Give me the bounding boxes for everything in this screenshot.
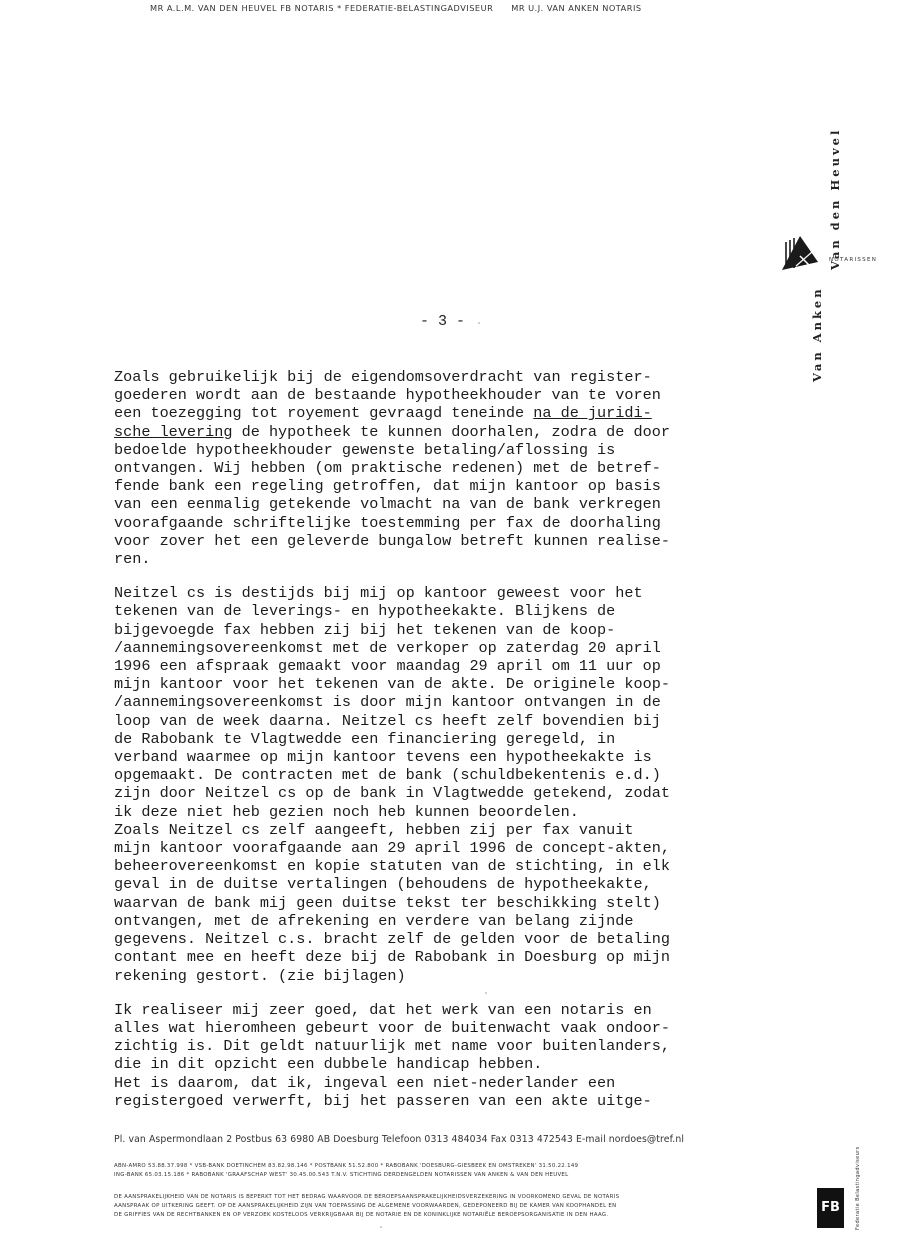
text-line: rekening gestort. (zie bijlagen) bbox=[114, 967, 794, 985]
paragraph-1: Zoals gebruikelijk bij de eigendomsoverd… bbox=[114, 368, 794, 568]
text-line: verband waarmee op mijn kantoor tevens e… bbox=[114, 748, 794, 766]
text-line: Zoals gebruikelijk bij de eigendomsoverd… bbox=[114, 368, 794, 386]
text-line: Zoals Neitzel cs zelf aangeeft, hebben z… bbox=[114, 821, 794, 839]
brand-notarissen: notarissen bbox=[829, 257, 877, 263]
text-line: zijn door Neitzel cs op de bank in Vlagt… bbox=[114, 784, 794, 802]
liability-line: de griffies van de Rechtbanken en op ver… bbox=[114, 1211, 794, 1220]
text-line: geval in de duitse vertalingen (behouden… bbox=[114, 875, 794, 893]
scan-speck bbox=[485, 992, 487, 994]
letterhead-left-notary: Mr A.L.M. van den Heuvel FB notaris * Fe… bbox=[150, 3, 493, 13]
text-line: Ik realiseer mij zeer goed, dat het werk… bbox=[114, 1001, 794, 1019]
text-line: contant mee en heeft deze bij de Raboban… bbox=[114, 948, 794, 966]
text-line: Het is daarom, dat ik, ingeval een niet-… bbox=[114, 1074, 794, 1092]
paragraph-2: Neitzel cs is destijds bij mij op kantoo… bbox=[114, 584, 794, 984]
text-line: 1996 een afspraak gemaakt voor maandag 2… bbox=[114, 657, 794, 675]
bank-line-2: ING-bank 65.03.15.186 * Rabobank 'Graafs… bbox=[114, 1171, 794, 1180]
paragraph-3: Ik realiseer mij zeer goed, dat het werk… bbox=[114, 1001, 794, 1110]
text-line: sche levering de hypotheek te kunnen doo… bbox=[114, 423, 794, 441]
text-line: bedoelde hypotheekhouder gewenste betali… bbox=[114, 441, 794, 459]
brand-van-den-heuvel: Van den Heuvel bbox=[828, 128, 842, 270]
text-line: ren. bbox=[114, 550, 794, 568]
text-line: ontvangen, met de afrekening en verdere … bbox=[114, 912, 794, 930]
text-line: mijn kantoor voorafgaande aan 29 april 1… bbox=[114, 839, 794, 857]
text-line: /aannemingsovereenkomst met de verkoper … bbox=[114, 639, 794, 657]
page-number: - 3 - bbox=[420, 313, 465, 330]
text-line: ik deze niet heb gezien noch heb kunnen … bbox=[114, 803, 794, 821]
text-line: /aannemingsovereenkomst is door mijn kan… bbox=[114, 693, 794, 711]
scan-speck bbox=[478, 322, 480, 324]
side-brand: Van Anken Van den Heuvel notarissen bbox=[800, 92, 890, 382]
underlined-text: sche levering bbox=[114, 423, 232, 441]
text-line: registergoed verwerft, bij het passeren … bbox=[114, 1092, 794, 1110]
brand-van-anken: Van Anken bbox=[810, 286, 824, 382]
letterhead-right-notary: Mr U.J. van Anken notaris bbox=[511, 3, 641, 13]
text-line: voorafgaande schriftelijke toestemming p… bbox=[114, 514, 794, 532]
footer-liability: De aansprakelijkheid van de notaris is b… bbox=[114, 1193, 794, 1220]
text-line: die in dit opzicht een dubbele handicap … bbox=[114, 1055, 794, 1073]
text-line: alles wat hieromheen gebeurt voor de bui… bbox=[114, 1019, 794, 1037]
fb-logo-icon: FB bbox=[817, 1188, 844, 1228]
text-line: ontvangen. Wij hebben (om praktische red… bbox=[114, 459, 794, 477]
text-line: bijgevoegde fax hebben zij bij het teken… bbox=[114, 621, 794, 639]
text-line: waarvan de bank mij geen duitse tekst te… bbox=[114, 894, 794, 912]
bank-line-1: ABN-AMRO 53.88.37.998 * VSB-bank Doetinc… bbox=[114, 1162, 794, 1171]
text-line: opgemaakt. De contracten met de bank (sc… bbox=[114, 766, 794, 784]
text-line: de Rabobank te Vlagtwedde een financieri… bbox=[114, 730, 794, 748]
text-line: loop van de week daarna. Neitzel cs heef… bbox=[114, 712, 794, 730]
underlined-text: na de juridi- bbox=[533, 404, 651, 422]
liability-line: aanspraak op uitkering geeft. Op de aans… bbox=[114, 1202, 794, 1211]
text-line: mijn kantoor voor het tekenen van de akt… bbox=[114, 675, 794, 693]
scan-speck bbox=[380, 1226, 382, 1228]
text-line: zichtig is. Dit geldt natuurlijk met nam… bbox=[114, 1037, 794, 1055]
footer-address: Pl. van Aspermondlaan 2 Postbus 63 6980 … bbox=[114, 1134, 794, 1145]
text-line: goederen wordt aan de bestaande hypothee… bbox=[114, 386, 794, 404]
text-line: fende bank een regeling getroffen, dat m… bbox=[114, 477, 794, 495]
text-line: tekenen van de leverings- en hypotheekak… bbox=[114, 602, 794, 620]
text-line: een toezegging tot royement gevraagd ten… bbox=[114, 404, 794, 422]
text-line: voor zover het een geleverde bungalow be… bbox=[114, 532, 794, 550]
text-line: van een eenmalig getekende volmacht na v… bbox=[114, 495, 794, 513]
letterhead-top-line: Mr A.L.M. van den Heuvel FB notaris * Fe… bbox=[150, 3, 750, 13]
fb-caption: Federatie Belastingadviseurs bbox=[855, 1146, 861, 1230]
text-line: beheerovereenkomst en kopie statuten van… bbox=[114, 857, 794, 875]
text-line: gegevens. Neitzel c.s. bracht zelf de ge… bbox=[114, 930, 794, 948]
liability-line: De aansprakelijkheid van de notaris is b… bbox=[114, 1193, 794, 1202]
letter-body: Zoals gebruikelijk bij de eigendomsoverd… bbox=[114, 368, 794, 1126]
footer-bank-details: ABN-AMRO 53.88.37.998 * VSB-bank Doetinc… bbox=[114, 1162, 794, 1180]
text-line: Neitzel cs is destijds bij mij op kantoo… bbox=[114, 584, 794, 602]
triangle-pyramid-logo-icon bbox=[778, 230, 824, 276]
